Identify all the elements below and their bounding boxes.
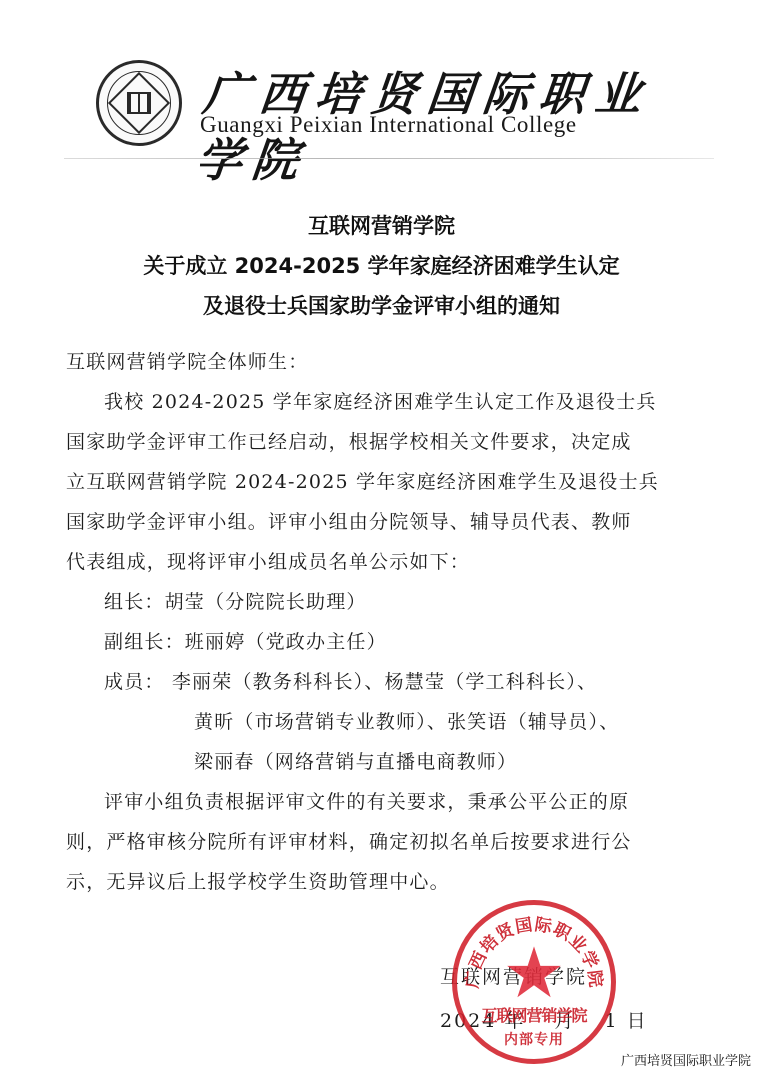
- paragraph-line: 代表组成，现将评审小组成员名单公示如下：: [66, 542, 706, 582]
- members-line: 黄昕（市场营销专业教师）、张笑语（辅导员）、: [66, 702, 706, 742]
- paragraph-1: 我校 2024-2025 学年家庭经济困难学生认定工作及退役士兵 国家助学金评审…: [66, 382, 706, 582]
- paragraph-line: 立互联网营销学院 2024-2025 学年家庭经济困难学生及退役士兵: [66, 462, 706, 502]
- paragraph-line: 评审小组负责根据评审文件的有关要求，秉承公平公正的原: [66, 782, 706, 822]
- signoff-org: 互联网营销学院: [440, 955, 648, 999]
- title-line-3: 及退役士兵国家助学金评审小组的通知: [0, 286, 763, 326]
- committee-list: 组长：胡莹（分院院长助理） 副组长：班丽婷（党政办主任） 成员： 李丽荣（教务科…: [66, 582, 706, 782]
- college-emblem-icon: [96, 60, 182, 146]
- committee-leader: 组长：胡莹（分院院长助理）: [66, 582, 706, 622]
- paragraph-line: 则，严格审核分院所有评审材料，确定初拟名单后按要求进行公: [66, 822, 706, 862]
- emblem-book-icon: [127, 92, 151, 114]
- title-line-1: 互联网营销学院: [0, 206, 763, 246]
- paragraph-line: 示，无异议后上报学校学生资助管理中心。: [66, 862, 706, 902]
- notice-title: 互联网营销学院 关于成立 2024-2025 学年家庭经济困难学生认定 及退役士…: [0, 206, 763, 326]
- footer-watermark: 广西培贤国际职业学院: [617, 1048, 755, 1071]
- signoff-date: 2024 年 月 1 日: [440, 999, 648, 1043]
- title-line-2: 关于成立 2024-2025 学年家庭经济困难学生认定: [0, 246, 763, 286]
- committee-members-row: 成员： 李丽荣（教务科科长）、杨慧莹（学工科科长）、: [66, 662, 706, 702]
- signoff: 互联网营销学院 2024 年 月 1 日: [440, 955, 648, 1043]
- notice-body: 互联网营销学院全体师生： 我校 2024-2025 学年家庭经济困难学生认定工作…: [66, 342, 706, 902]
- committee-deputy: 副组长：班丽婷（党政办主任）: [66, 622, 706, 662]
- paragraph-line: 国家助学金评审工作已经启动，根据学校相关文件要求，决定成: [66, 422, 706, 462]
- header-divider: [64, 158, 714, 159]
- document-page: 广西培贤国际职业学院 Guangxi Peixian International…: [0, 0, 763, 1080]
- letterhead: 广西培贤国际职业学院 Guangxi Peixian International…: [96, 56, 656, 156]
- salutation: 互联网营销学院全体师生：: [66, 342, 706, 382]
- paragraph-line: 我校 2024-2025 学年家庭经济困难学生认定工作及退役士兵: [66, 382, 706, 422]
- members-line: 梁丽春（网络营销与直播电商教师）: [66, 742, 706, 782]
- paragraph-line: 国家助学金评审小组。评审小组由分院领导、辅导员代表、教师: [66, 502, 706, 542]
- members-line: 李丽荣（教务科科长）、杨慧莹（学工科科长）、: [172, 671, 597, 693]
- members-label: 成员：: [104, 671, 165, 693]
- college-name-en: Guangxi Peixian International College: [200, 112, 577, 138]
- paragraph-2: 评审小组负责根据评审文件的有关要求，秉承公平公正的原 则，严格审核分院所有评审材…: [66, 782, 706, 902]
